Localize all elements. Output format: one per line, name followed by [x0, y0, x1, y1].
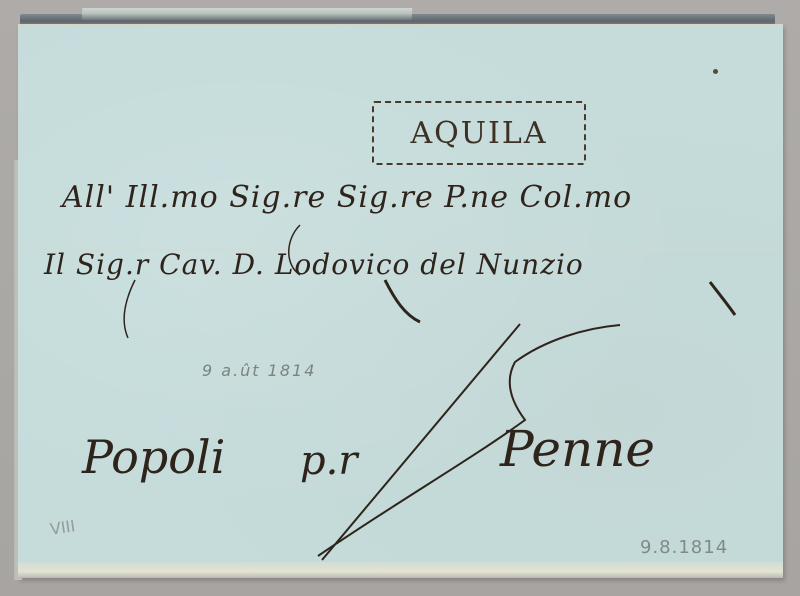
address-line-2: Il Sig.r Cav. D. Lodovico del Nunzio [44, 248, 584, 281]
via-abbreviation: p.r [300, 438, 357, 484]
ink-speck [713, 69, 718, 74]
address-line-1: All' Ill.mo Sig.re Sig.re P.ne Col.mo [62, 180, 632, 215]
origin-town: Popoli [82, 430, 225, 484]
pencil-date-note: 9 a.ût 1814 [202, 361, 316, 380]
aquila-postmark: AQUILA [372, 101, 586, 165]
letter-flap-edge [82, 8, 413, 20]
destination-town: Penne [500, 420, 655, 478]
pencil-catalog-date: 9.8.1814 [640, 537, 728, 558]
postmark-text: AQUILA [411, 116, 548, 151]
pencil-roman-numeral: VIII [49, 516, 77, 538]
letter-bottom-edge [18, 562, 783, 578]
